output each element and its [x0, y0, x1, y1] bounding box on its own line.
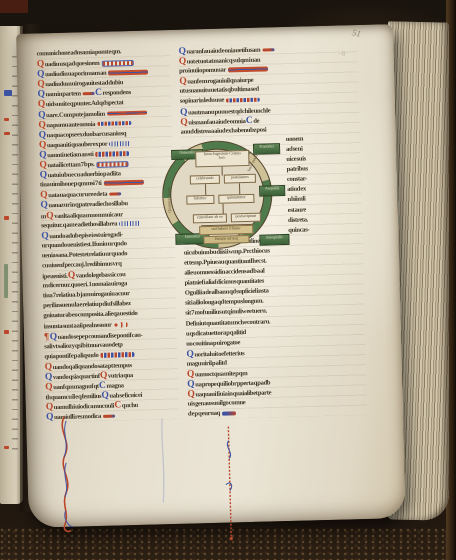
- colored-initial: Q: [37, 68, 45, 79]
- manuscript-page: comunichone adusamia pomt e qm.Quadiu us…: [16, 24, 406, 528]
- line-text: uanf qm magnuf qt: [53, 383, 99, 391]
- colored-initial: Q: [38, 119, 46, 130]
- line-text: respondens: [102, 89, 130, 97]
- colored-initial: Q: [45, 371, 53, 382]
- line-text: uenia sana. Potest et relatiu ur quado: [42, 250, 128, 259]
- line-filler-dots: [96, 161, 128, 168]
- line-filler-bar: [107, 110, 147, 116]
- diagram-box: postscriptum: [231, 213, 261, 223]
- colored-initial: Q: [38, 99, 46, 110]
- line-filler-vine: [100, 352, 134, 357]
- diagram-box: Quantitas·Porta: [167, 178, 176, 222]
- line-text: alie u omnes sidin accidens ad b a al: [184, 268, 264, 277]
- line-text: uamoct qua mite p qm: [195, 370, 248, 378]
- line-text: uam in partem: [45, 91, 81, 99]
- line-filler-bar: [108, 70, 148, 76]
- line-text: pro iuuiio pomuuar: [179, 67, 226, 75]
- line-text: ut usuanuit u uetatis qb ultima sed: [179, 86, 258, 95]
- line-text: magu uiril p alitd: [187, 360, 227, 368]
- line-filler-rings: [119, 220, 141, 226]
- line-filler-endswirl: [222, 411, 236, 415]
- line-text: ipe uenisti.: [42, 273, 68, 281]
- pen-flourish-faint: [158, 418, 168, 504]
- rubric-mark: [4, 330, 9, 334]
- line-text: ur quando uenisti est. Ifuniu ur qndo: [41, 240, 126, 249]
- colored-initial: Q: [49, 331, 57, 342]
- line-filler-vine: [226, 97, 260, 102]
- diagram-box: Inferius·: [186, 195, 214, 205]
- diagram-box: celebrando: [190, 175, 220, 185]
- line-filler-swirl: [262, 48, 274, 51]
- colored-initial: Q: [179, 56, 187, 67]
- line-text: q uchu: [122, 402, 138, 409]
- line-text: ua pumu ante omnia: [46, 121, 95, 129]
- colored-initial: Q: [40, 190, 48, 201]
- diagram-box: Aequalis: [259, 185, 285, 197]
- circular-schema-diagram: GeneralisTractatusAequalisJanuariusInaeq…: [159, 139, 294, 264]
- line-text: uis gen aus uuilgo comne: [188, 399, 246, 408]
- colored-initial: Q: [39, 159, 47, 170]
- colored-initial: Q: [179, 76, 187, 87]
- line-text: u qs dicat uettora p q alitid: [186, 329, 246, 338]
- line-text: th quamcu il e q femilius: [45, 393, 101, 401]
- colored-initial: C: [114, 400, 122, 411]
- line-text: uaquauiti quauber ex por: [47, 140, 108, 149]
- colored-initial: Q: [180, 116, 188, 127]
- line-filler-swirl: [109, 193, 121, 196]
- rubric-mark: [4, 264, 8, 298]
- colored-initial: Q: [40, 169, 48, 180]
- colored-initial: Q: [180, 106, 188, 117]
- diagram-box: custodiant ab eo: [193, 214, 227, 224]
- line-text: uo couitina p uirogatoe: [186, 339, 240, 347]
- line-text: uamulhi uiodica mucuuli: [54, 403, 115, 412]
- line-text: vando legebas sic cou: [76, 271, 126, 279]
- line-text: tiua 7 relatiua. b jam uirogauiu acuur: [43, 290, 130, 299]
- line-text: uadiu usq ad que sinem: [45, 60, 100, 68]
- line-text: Oguilii a de albanu qd supficiel insta: [185, 288, 269, 297]
- pen-flourish-left: [54, 415, 79, 538]
- line-text: insunta sunt a aii peal neauur: [44, 321, 112, 330]
- line-text: m dicernur. quoeri. 1 nomaia uiroga: [43, 280, 128, 289]
- line-text: vanlta aliqua m no n muicaur: [54, 211, 123, 220]
- rubric-mark: [4, 446, 9, 449]
- line-text: sit 7 mof unilius ut q inuliw ee tueru.: [185, 308, 267, 317]
- rubric-mark: [4, 90, 12, 96]
- facing-page-text-fragments: [12, 56, 18, 456]
- background-corner-tint: [0, 0, 28, 13]
- line-text: gniuatur ab eo composita. alieqa uestido: [43, 310, 137, 319]
- line-text: vando qsia quartinf: [53, 373, 100, 381]
- colored-initial: Q: [46, 401, 54, 412]
- line-text: uare. Cum pute jam olim: [46, 110, 105, 119]
- colored-initial: Q: [178, 46, 186, 57]
- line-text: peril insuenu la e relatiu p diuf sillab…: [43, 300, 131, 309]
- colored-initial: Q: [37, 79, 45, 90]
- line-text: uid s uuit e q punter. Ad qd spectat: [46, 100, 124, 109]
- rubric-mark: [4, 132, 10, 135]
- line-text: uando sepe p couuandise pontif cau-: [58, 331, 143, 340]
- line-text: cu uiuenf peccauj. l redibimus vr q: [42, 260, 122, 269]
- colored-initial: Q: [37, 58, 45, 69]
- line-text: uorital uit oef etterius: [194, 350, 244, 358]
- colored-initial: Q: [100, 370, 108, 381]
- colored-initial: Q: [38, 109, 46, 120]
- rubric-mark: [4, 118, 9, 121]
- pen-flourish-right: [220, 426, 239, 542]
- colored-initial: Q: [187, 368, 195, 379]
- line-text: sopinar in ledu uue: [180, 97, 224, 105]
- colored-initial: C: [246, 114, 254, 125]
- line-text: vutria qua: [108, 372, 133, 380]
- line-filler-vine: [95, 151, 129, 156]
- diagram-box: Iuxta·Ingestum·Corpusloci·: [195, 150, 249, 167]
- line-filler-swirl: [83, 92, 95, 95]
- line-text: sequitur. q am e adietho sillabrea: [41, 220, 117, 229]
- line-text: auud distrea a aiud ex habenubz posi: [181, 126, 267, 135]
- left-text-column: comunichone adusamia pomt e qm.Quadiu us…: [36, 46, 179, 423]
- rubric-mark: [4, 216, 9, 220]
- line-text: uatai licet tam 7 b ps.: [47, 161, 94, 169]
- line-text: uaquaui fiuia in quaialibet parte: [195, 390, 271, 399]
- diagram-connector: [222, 167, 223, 176]
- colored-initial: Q: [45, 381, 53, 392]
- colored-initial: Q: [39, 129, 47, 140]
- line-text: tiua uimihone p qmmsi 7 ti: [40, 180, 102, 189]
- line-text: comunichone adusamia pomt e qm.: [36, 48, 121, 57]
- diagram-box: sed habere tributa·: [199, 225, 253, 235]
- diagram-box: finiunt·ad·usq: [203, 235, 249, 244]
- marginal-notes: [16, 24, 393, 34]
- line-filler-swirl: [103, 415, 115, 418]
- line-text: d e p q eur uaq: [188, 410, 220, 418]
- line-text: uismanf au aiud e omnia: [188, 118, 246, 127]
- line-text: uanaz ur in q patre adiecho sillabu: [48, 201, 127, 210]
- diagram-box: Inaequalis: [259, 234, 289, 246]
- line-text: Definiut quantitatu mch e coutraru.: [186, 318, 271, 327]
- colored-initial: Q: [46, 412, 54, 423]
- line-text: uah se ficuic ei: [109, 392, 142, 400]
- colored-initial: Q: [186, 348, 194, 359]
- colored-initial: Q: [187, 379, 195, 390]
- line-filler-vine: [97, 121, 131, 126]
- colored-initial: Q: [41, 230, 49, 241]
- folio-pencil-mark-2: ~8: [338, 50, 346, 58]
- colored-initial: Q: [39, 139, 47, 150]
- line-text: uata ua qua cur ure e de ta: [48, 191, 107, 200]
- line-text: sali vt salioz y qsi b it nua vauodetp: [44, 341, 123, 350]
- colored-initial: Q: [101, 390, 109, 401]
- line-text: de: [253, 117, 259, 124]
- colored-initial: Q: [40, 200, 48, 211]
- line-filler-dots: [101, 60, 133, 67]
- colored-initial: Q: [187, 389, 195, 400]
- line-text: uadiudiu ua porin uam an: [45, 70, 106, 79]
- diagram-box: quinummor: [218, 194, 254, 204]
- colored-initial: Q: [37, 89, 45, 100]
- line-filler-rings: [109, 141, 131, 147]
- line-filler-bar: [103, 180, 143, 186]
- line-text: uaunti uetiam an sti: [47, 151, 93, 159]
- line-text: magna: [106, 382, 123, 389]
- line-text: piatnief i aliaf dicimus quantitates: [184, 278, 264, 287]
- line-text: quia pontif e p aliqsndo: [44, 352, 98, 360]
- manuscript-photo: comunichone adusamia pomt e qm.Quadiu us…: [0, 0, 456, 560]
- line-text: sit i ailio longa qd tempus longum.: [185, 298, 263, 307]
- line-filler-dots3: [113, 322, 127, 327]
- line-filler-bar: [228, 67, 268, 73]
- colored-initial: Q: [39, 149, 47, 160]
- colored-initial: Q: [45, 361, 53, 372]
